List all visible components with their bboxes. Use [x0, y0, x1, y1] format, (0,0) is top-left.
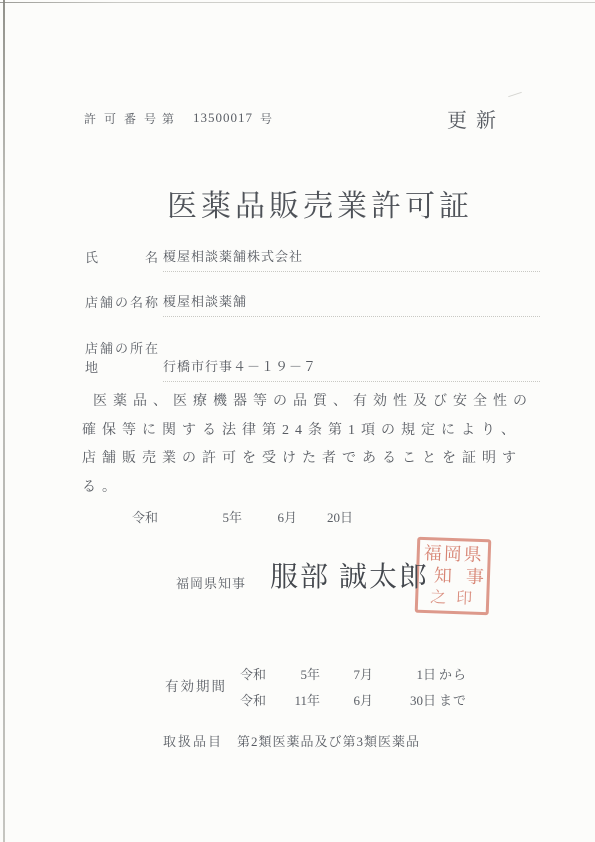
field-value-shop-address: 行橋市行事４－１９－７	[163, 359, 317, 374]
validity-period-label: 有効期間	[165, 675, 227, 695]
field-row-shop-address: 店舗の所在地 行橋市行事４－１９－７	[85, 338, 540, 382]
field-value-name: 榎屋相談薬舗株式会社	[163, 249, 303, 264]
field-label-shop-name: 店舗の名称	[85, 292, 163, 317]
seal-text-row-1: 福岡県	[422, 542, 485, 565]
certification-statement: 医薬品、医療機器等の品質、有効性及び安全性の 確保等に関する法律第24条第1項の…	[82, 388, 552, 502]
permit-number-label: 許可番号	[84, 110, 164, 127]
handled-items-value: 第2類医薬品及び第3類医薬品	[237, 731, 420, 750]
field-underline: 榎屋相談薬舗	[163, 291, 540, 317]
issue-date-month: 6月	[242, 507, 297, 526]
validity-period-rows: 令和 5年 7月 1日 から 令和 11年 6月 30日 まで	[240, 660, 467, 712]
handled-items-label: 取扱品目	[163, 731, 223, 750]
statement-line-2: 確保等に関する法律第24条第1項の規定により、	[82, 417, 552, 446]
scan-speck	[508, 92, 522, 97]
renewal-mark: 更新	[447, 104, 505, 133]
permit-number-suffix: 号	[260, 110, 272, 127]
field-underline: 行橋市行事４－１９－７	[163, 356, 540, 382]
field-value-shop-name: 榎屋相談薬舗	[163, 294, 247, 309]
statement-line-3: 店舗販売業の許可を受けた者であることを証明する。	[82, 445, 552, 502]
statement-line-1: 医薬品、医療機器等の品質、有効性及び安全性の	[82, 388, 552, 417]
permit-number-prefix: 第	[162, 110, 174, 127]
governor-title: 福岡県知事	[176, 573, 246, 592]
validity-start-suffix: から	[439, 664, 467, 683]
certificate-page: 許可番号 第 13500017 号 更新 医薬品販売業許可証 氏 名 榎屋相談薬…	[0, 0, 595, 842]
validity-start-era: 令和	[240, 664, 272, 683]
field-row-name: 氏 名 榎屋相談薬舗株式会社	[85, 246, 540, 272]
field-underline: 榎屋相談薬舗株式会社	[163, 246, 540, 272]
seal-text-row-2: 知事	[422, 564, 485, 587]
field-label-shop-address: 店舗の所在地	[85, 338, 163, 382]
issue-date-day: 20日	[297, 507, 353, 526]
validity-end-row: 令和 11年 6月 30日 まで	[240, 686, 467, 712]
issue-date-year: 5年	[164, 507, 242, 526]
validity-start-day: 1日	[373, 664, 436, 683]
validity-start-row: 令和 5年 7月 1日 から	[240, 660, 467, 686]
validity-end-suffix: まで	[439, 690, 467, 709]
certificate-title: 医薬品販売業許可証	[150, 181, 490, 225]
issue-date-row: 令和 5年 6月 20日	[132, 507, 353, 526]
scan-edge-artifact-top	[0, 2, 595, 3]
permit-number-row: 許可番号 第 13500017 号	[0, 110, 595, 128]
field-row-shop-name: 店舗の名称 榎屋相談薬舗	[85, 291, 540, 317]
issue-date-era: 令和	[132, 507, 164, 526]
field-label-name: 氏 名	[85, 247, 163, 272]
validity-end-day: 30日	[373, 690, 436, 709]
validity-end-month: 6月	[320, 690, 373, 709]
validity-end-era: 令和	[240, 690, 272, 709]
governor-name: 服部 誠太郎	[270, 555, 429, 595]
permit-number-value: 13500017	[193, 110, 253, 126]
validity-start-month: 7月	[320, 664, 373, 683]
validity-start-year: 5年	[272, 664, 320, 683]
seal-text-row-3: 之印	[421, 586, 484, 609]
validity-end-year: 11年	[272, 690, 320, 709]
